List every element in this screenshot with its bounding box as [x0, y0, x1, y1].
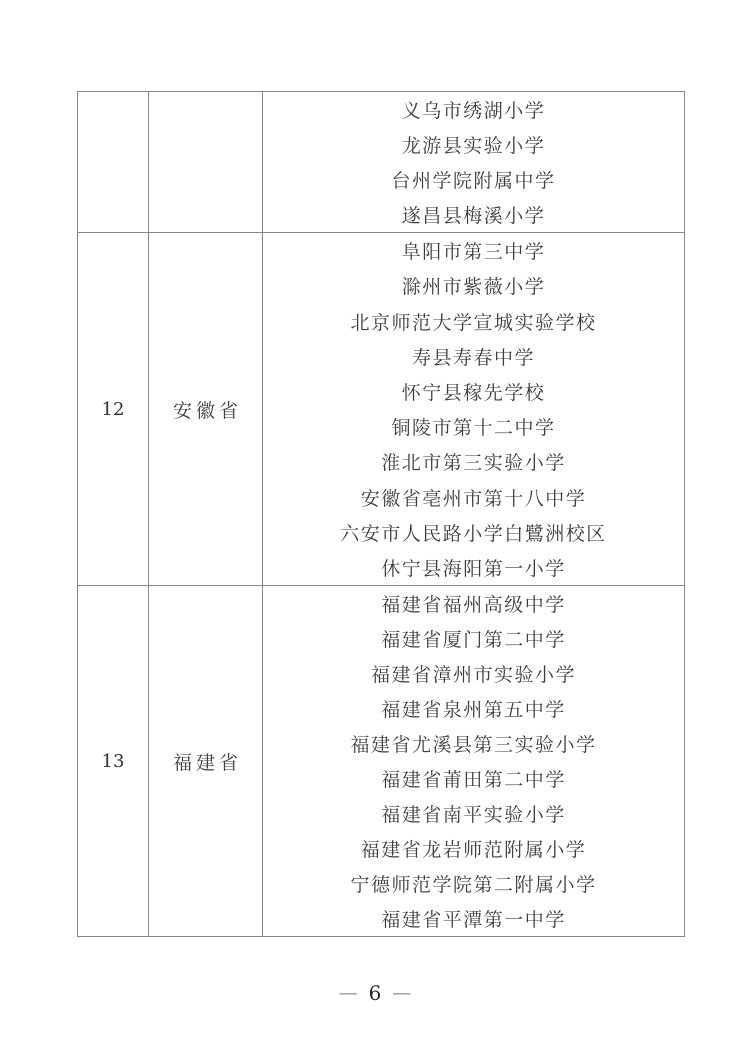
footer-dash-left: —: [339, 982, 358, 1004]
page-number: 6: [369, 981, 382, 1005]
school-name: 六安市人民路小学白鷺洲校区: [263, 515, 684, 550]
row-index-cell: 12: [78, 233, 149, 585]
school-name: 福建省龙岩师范附属小学: [263, 831, 684, 866]
school-name: 福建省平潭第一中学: [263, 901, 684, 936]
school-name: 淮北市第三实验小学: [263, 444, 684, 479]
footer-dash-right: —: [392, 982, 411, 1004]
school-name: 阜阳市第三中学: [263, 233, 684, 268]
school-name: 福建省漳州市实验小学: [263, 656, 684, 691]
school-name: 福建省莆田第二中学: [263, 761, 684, 796]
school-name: 滁州市紫薇小学: [263, 268, 684, 303]
school-name: 义乌市绣湖小学: [263, 92, 684, 127]
school-name: 铜陵市第十二中学: [263, 409, 684, 444]
table-row: 13 福建省 福建省福州高级中学 福建省厦门第二中学 福建省漳州市实验小学 福建…: [78, 586, 684, 936]
school-list-table: 义乌市绣湖小学 龙游县实验小学 台州学院附属中学 遂昌县梅溪小学 12 安徽省 …: [77, 91, 685, 937]
school-list-cell: 阜阳市第三中学 滁州市紫薇小学 北京师范大学宣城实验学校 寿县寿春中学 怀宁县稼…: [263, 233, 684, 585]
table-row: 义乌市绣湖小学 龙游县实验小学 台州学院附属中学 遂昌县梅溪小学: [78, 92, 684, 233]
school-name: 台州学院附属中学: [263, 162, 684, 197]
school-name: 休宁县海阳第一小学: [263, 550, 684, 585]
school-name: 怀宁县稼先学校: [263, 374, 684, 409]
row-index-cell: 13: [78, 586, 149, 936]
school-list-cell: 福建省福州高级中学 福建省厦门第二中学 福建省漳州市实验小学 福建省泉州第五中学…: [263, 586, 684, 936]
school-name: 福建省厦门第二中学: [263, 621, 684, 656]
province-cell: [149, 92, 263, 232]
row-index-cell: [78, 92, 149, 232]
school-name: 龙游县实验小学: [263, 127, 684, 162]
school-name: 福建省南平实验小学: [263, 796, 684, 831]
school-name: 寿县寿春中学: [263, 339, 684, 374]
school-name: 福建省福州高级中学: [263, 586, 684, 621]
school-name: 安徽省亳州市第十八中学: [263, 479, 684, 514]
school-name: 福建省尤溪县第三实验小学: [263, 726, 684, 761]
school-name: 北京师范大学宣城实验学校: [263, 303, 684, 338]
table-row: 12 安徽省 阜阳市第三中学 滁州市紫薇小学 北京师范大学宣城实验学校 寿县寿春…: [78, 233, 684, 586]
school-name: 宁德师范学院第二附属小学: [263, 866, 684, 901]
school-name: 福建省泉州第五中学: [263, 691, 684, 726]
province-cell: 福建省: [149, 586, 263, 936]
province-cell: 安徽省: [149, 233, 263, 585]
school-list-cell: 义乌市绣湖小学 龙游县实验小学 台州学院附属中学 遂昌县梅溪小学: [263, 92, 684, 232]
page-footer: — 6 —: [0, 981, 750, 1005]
school-name: 遂昌县梅溪小学: [263, 197, 684, 232]
